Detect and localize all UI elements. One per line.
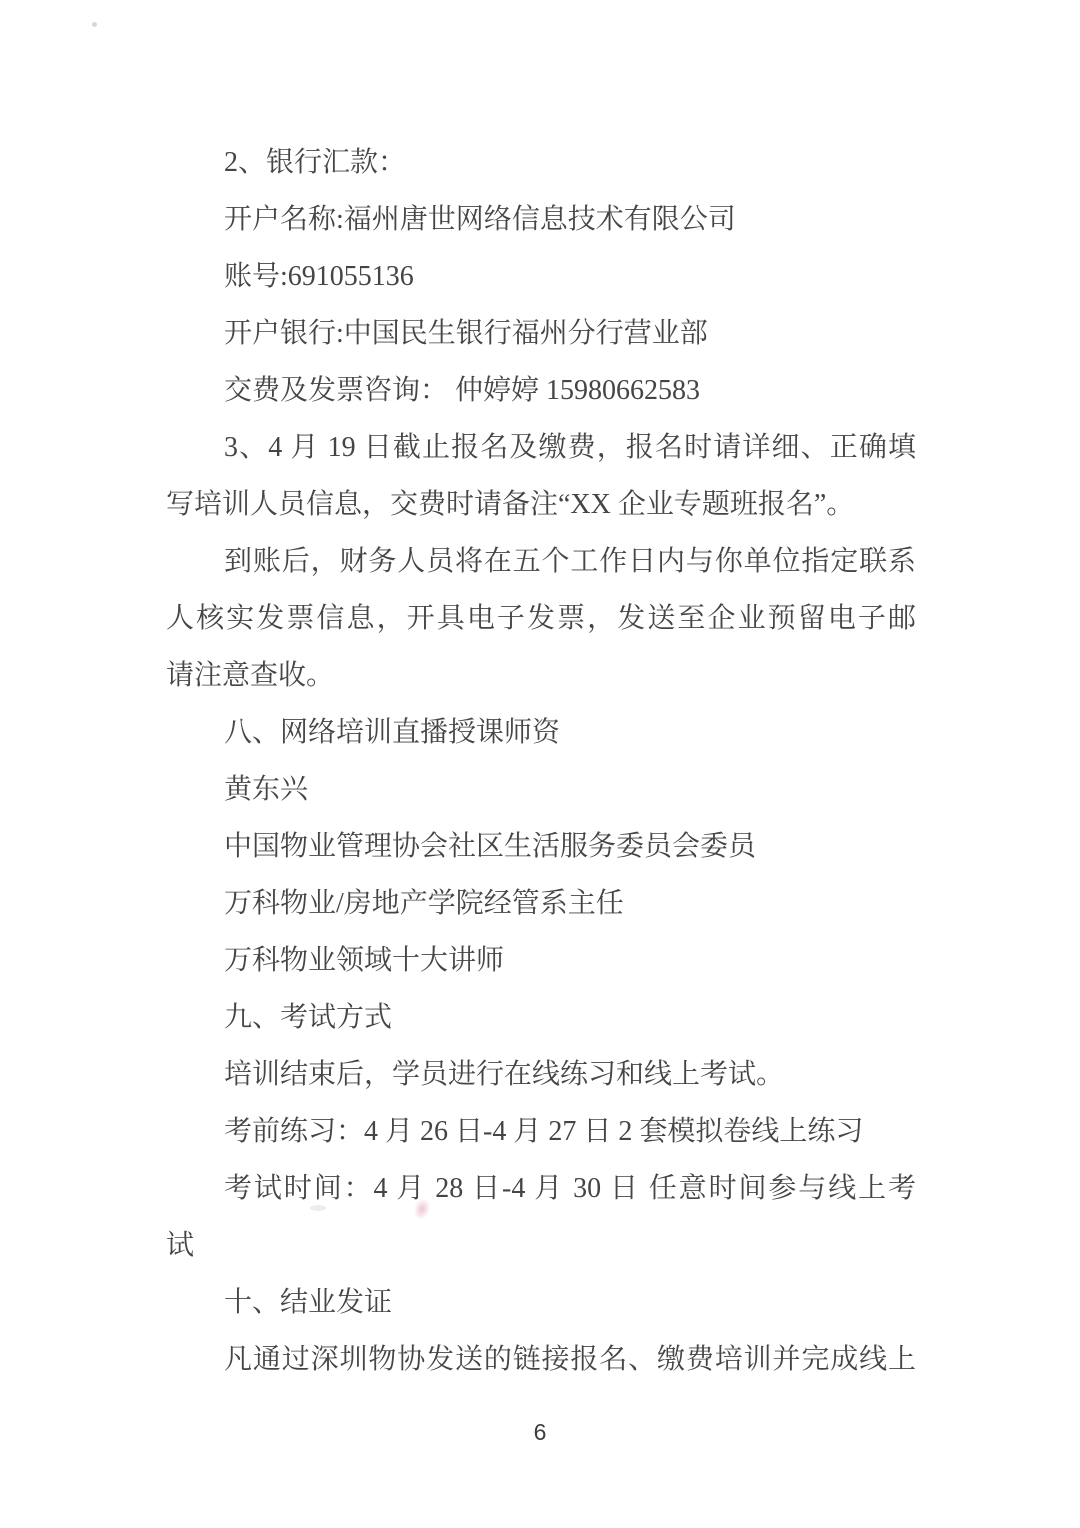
text-line: 考试时间：4 月 28 日-4 月 30 日 任意时间参与线上考 <box>166 1160 916 1217</box>
text-line: 请注意查收。 <box>166 647 916 704</box>
text-line: 万科物业领域十大讲师 <box>166 932 916 989</box>
scan-speck <box>92 22 97 27</box>
text-line: 3、4 月 19 日截止报名及缴费，报名时请详细、正确填 <box>166 419 916 476</box>
text-line: 开户名称:福州唐世网络信息技术有限公司 <box>166 191 916 248</box>
text-line: 账号:691055136 <box>166 248 916 305</box>
text-line: 写培训人员信息，交费时请备注“XX 企业专题班报名”。 <box>166 476 916 533</box>
text-line: 交费及发票咨询： 仲婷婷 15980662583 <box>166 362 916 419</box>
text-line: 人核实发票信息，开具电子发票，发送至企业预留电子邮箱， <box>166 590 916 647</box>
text-line: 九、考试方式 <box>166 989 916 1046</box>
text-line: 八、网络培训直播授课师资 <box>166 704 916 761</box>
text-line: 2、银行汇款： <box>166 134 916 191</box>
text-line: 开户银行:中国民生银行福州分行营业部 <box>166 305 916 362</box>
text-line: 凡通过深圳物协发送的链接报名、缴费培训并完成线上 <box>166 1331 916 1388</box>
page-number: 6 <box>0 1419 1080 1446</box>
text-line: 万科物业/房地产学院经管系主任 <box>166 875 916 932</box>
document-page: 2、银行汇款：开户名称:福州唐世网络信息技术有限公司账号:691055136开户… <box>0 0 1080 1528</box>
text-line: 试 <box>166 1217 916 1274</box>
text-line: 到账后，财务人员将在五个工作日内与你单位指定联系 <box>166 533 916 590</box>
text-line: 中国物业管理协会社区生活服务委员会委员 <box>166 818 916 875</box>
document-body: 2、银行汇款：开户名称:福州唐世网络信息技术有限公司账号:691055136开户… <box>166 134 916 1388</box>
text-line: 黄东兴 <box>166 761 916 818</box>
text-line: 十、结业发证 <box>166 1274 916 1331</box>
text-line: 考前练习：4 月 26 日-4 月 27 日 2 套模拟卷线上练习 <box>166 1103 916 1160</box>
text-line: 培训结束后，学员进行在线练习和线上考试。 <box>166 1046 916 1103</box>
